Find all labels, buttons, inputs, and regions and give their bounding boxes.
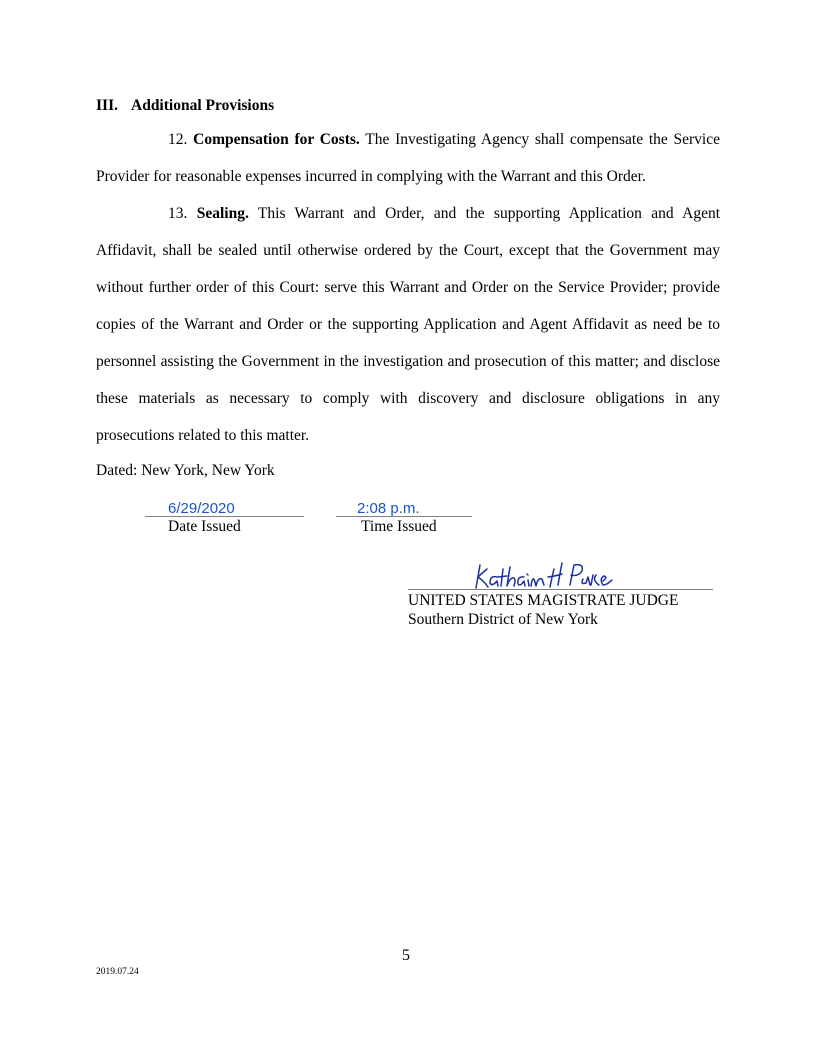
footer-version-date: 2019.07.24 [96, 967, 139, 977]
date-issued-line [145, 516, 304, 517]
section-title: Additional Provisions [131, 97, 274, 114]
paragraph-13: 13. Sealing. This Warrant and Order, and… [96, 195, 720, 454]
signature-scribble-icon [470, 555, 620, 591]
page-number: 5 [402, 947, 410, 965]
dated-location: Dated: New York, New York [96, 462, 275, 480]
paragraph-text: This Warrant and Order, and the supporti… [96, 205, 720, 444]
paragraph-heading: Sealing. [197, 205, 249, 222]
paragraph-text: The Investigating Agency shall compensat… [96, 131, 720, 185]
paragraph-number: 12. [168, 131, 187, 148]
judge-title: UNITED STATES MAGISTRATE JUDGE [408, 592, 678, 610]
date-issued-label: Date Issued [168, 518, 241, 536]
paragraph-heading: Compensation for Costs. [193, 131, 360, 148]
judge-district: Southern District of New York [408, 611, 598, 629]
section-number: III. [96, 97, 131, 115]
time-issued-label: Time Issued [361, 518, 437, 536]
signature-line [408, 589, 713, 590]
time-issued-value: 2:08 p.m. [357, 500, 420, 517]
paragraph-12: 12. Compensation for Costs. The Investig… [96, 121, 720, 195]
date-issued-value: 6/29/2020 [168, 500, 235, 517]
section-heading: III.Additional Provisions [96, 97, 274, 115]
time-issued-line [336, 516, 472, 517]
paragraph-number: 13. [168, 205, 187, 222]
